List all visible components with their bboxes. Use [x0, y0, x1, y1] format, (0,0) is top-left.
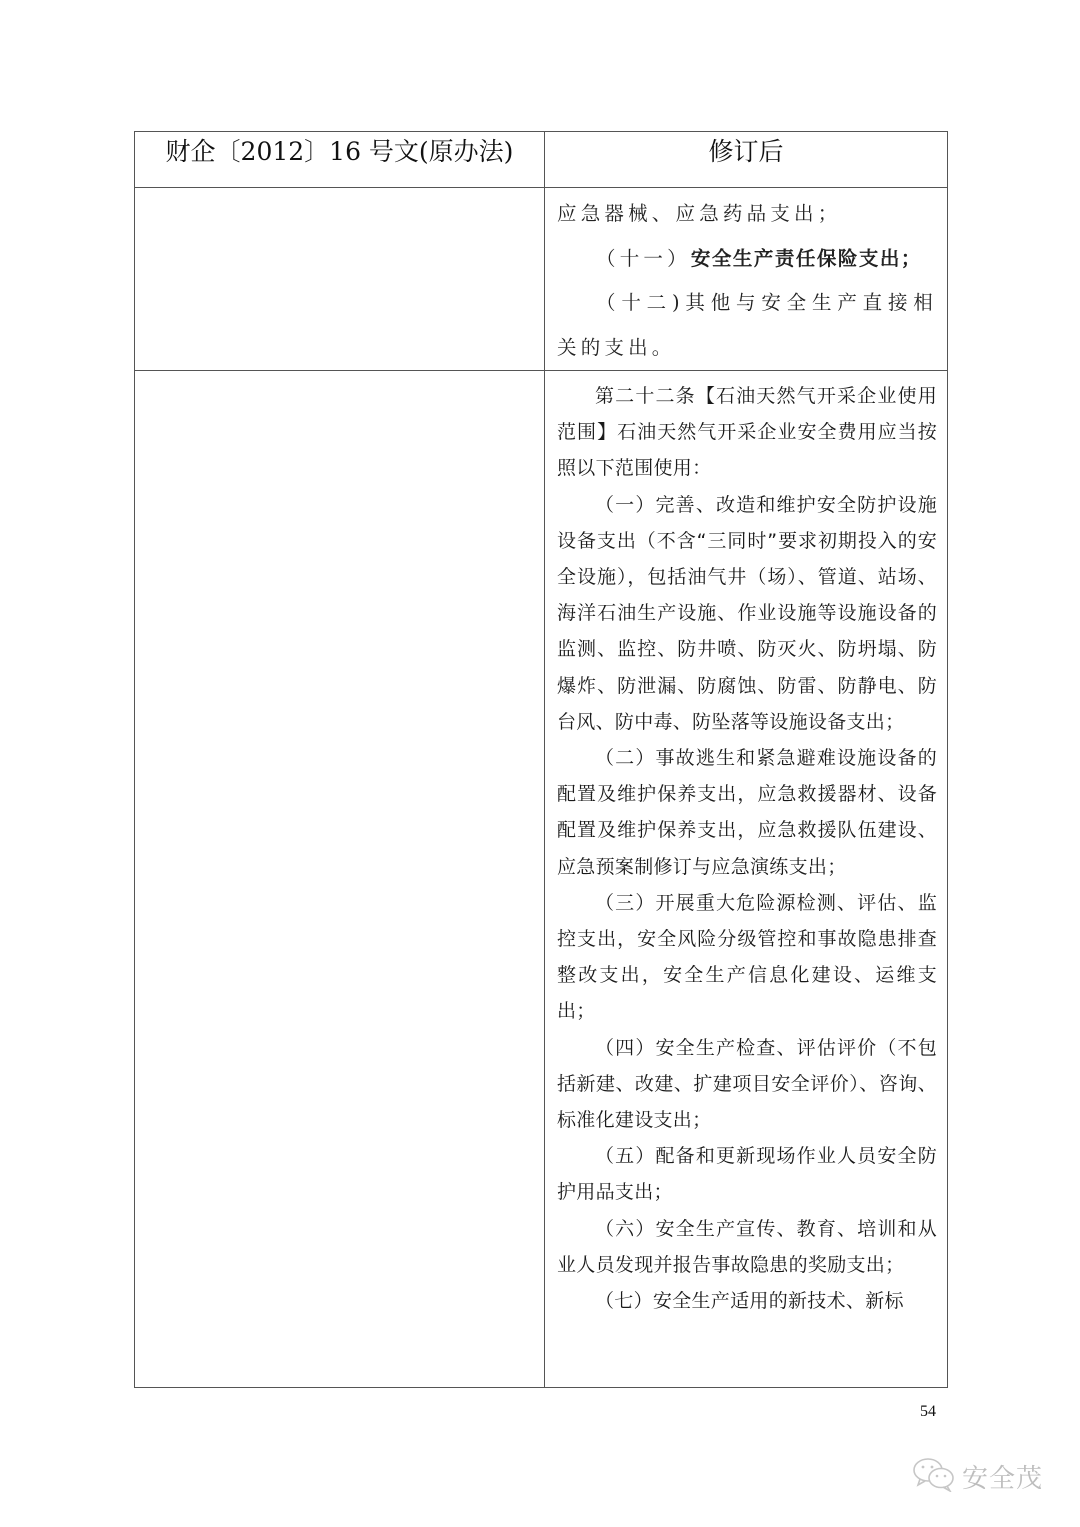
paragraph: （十二)其他与安全生产直接相关的支出。	[557, 281, 937, 370]
revised-cell: 应急器械、应急药品支出； （十一）安全生产责任保险支出； （十二)其他与安全生产…	[545, 188, 948, 371]
header-revised: 修订后	[545, 132, 948, 188]
revised-cell: 第二十二条【石油天然气开采企业使用范围】石油天然气开采企业安全费用应当按照以下范…	[545, 371, 948, 1388]
bold-text: 安全生产责任保险支出；	[691, 247, 922, 270]
paragraph: （七）安全生产适用的新技术、新标	[557, 1283, 937, 1319]
header-original: 财企〔2012〕16 号文(原办法)	[135, 132, 545, 188]
paragraph: （二）事故逃生和紧急避难设施设备的配置及维护保养支出，应急救援器材、设备配置及维…	[557, 740, 937, 885]
paragraph: （一）完善、改造和维护安全防护设施设备支出（不含“三同时”要求初期投入的安全设施…	[557, 487, 937, 740]
watermark-text: 安全茂	[962, 1458, 1043, 1495]
table-row: 第二十二条【石油天然气开采企业使用范围】石油天然气开采企业安全费用应当按照以下范…	[135, 371, 948, 1388]
table-row: 应急器械、应急药品支出； （十一）安全生产责任保险支出； （十二)其他与安全生产…	[135, 188, 948, 371]
original-cell	[135, 188, 545, 371]
paragraph: （三）开展重大危险源检测、评估、监控支出，安全风险分级管控和事故隐患排查整改支出…	[557, 885, 937, 1030]
paragraph: （四）安全生产检查、评估评价（不包括新建、改建、扩建项目安全评价）、咨询、标准化…	[557, 1030, 937, 1139]
page-number: 54	[920, 1403, 936, 1421]
article-heading: 第二十二条【石油天然气开采企业使用范围】石油天然气开采企业安全费用应当按照以下范…	[557, 378, 937, 487]
comparison-table: 财企〔2012〕16 号文(原办法) 修订后 应急器械、应急药品支出； （十一）…	[134, 131, 948, 1388]
document-page: 财企〔2012〕16 号文(原办法) 修订后 应急器械、应急药品支出； （十一）…	[0, 0, 1080, 1527]
paragraph: （六）安全生产宣传、教育、培训和从业人员发现并报告事故隐患的奖励支出；	[557, 1211, 937, 1283]
wechat-icon	[912, 1456, 956, 1496]
paragraph: （五）配备和更新现场作业人员安全防护用品支出；	[557, 1138, 937, 1210]
original-cell	[135, 371, 545, 1388]
table-header-row: 财企〔2012〕16 号文(原办法) 修订后	[135, 132, 948, 188]
item-prefix: （十一）	[596, 247, 691, 270]
watermark: 安全茂	[912, 1456, 1043, 1496]
paragraph: （十一）安全生产责任保险支出；	[557, 237, 937, 282]
paragraph: 应急器械、应急药品支出；	[557, 192, 937, 237]
